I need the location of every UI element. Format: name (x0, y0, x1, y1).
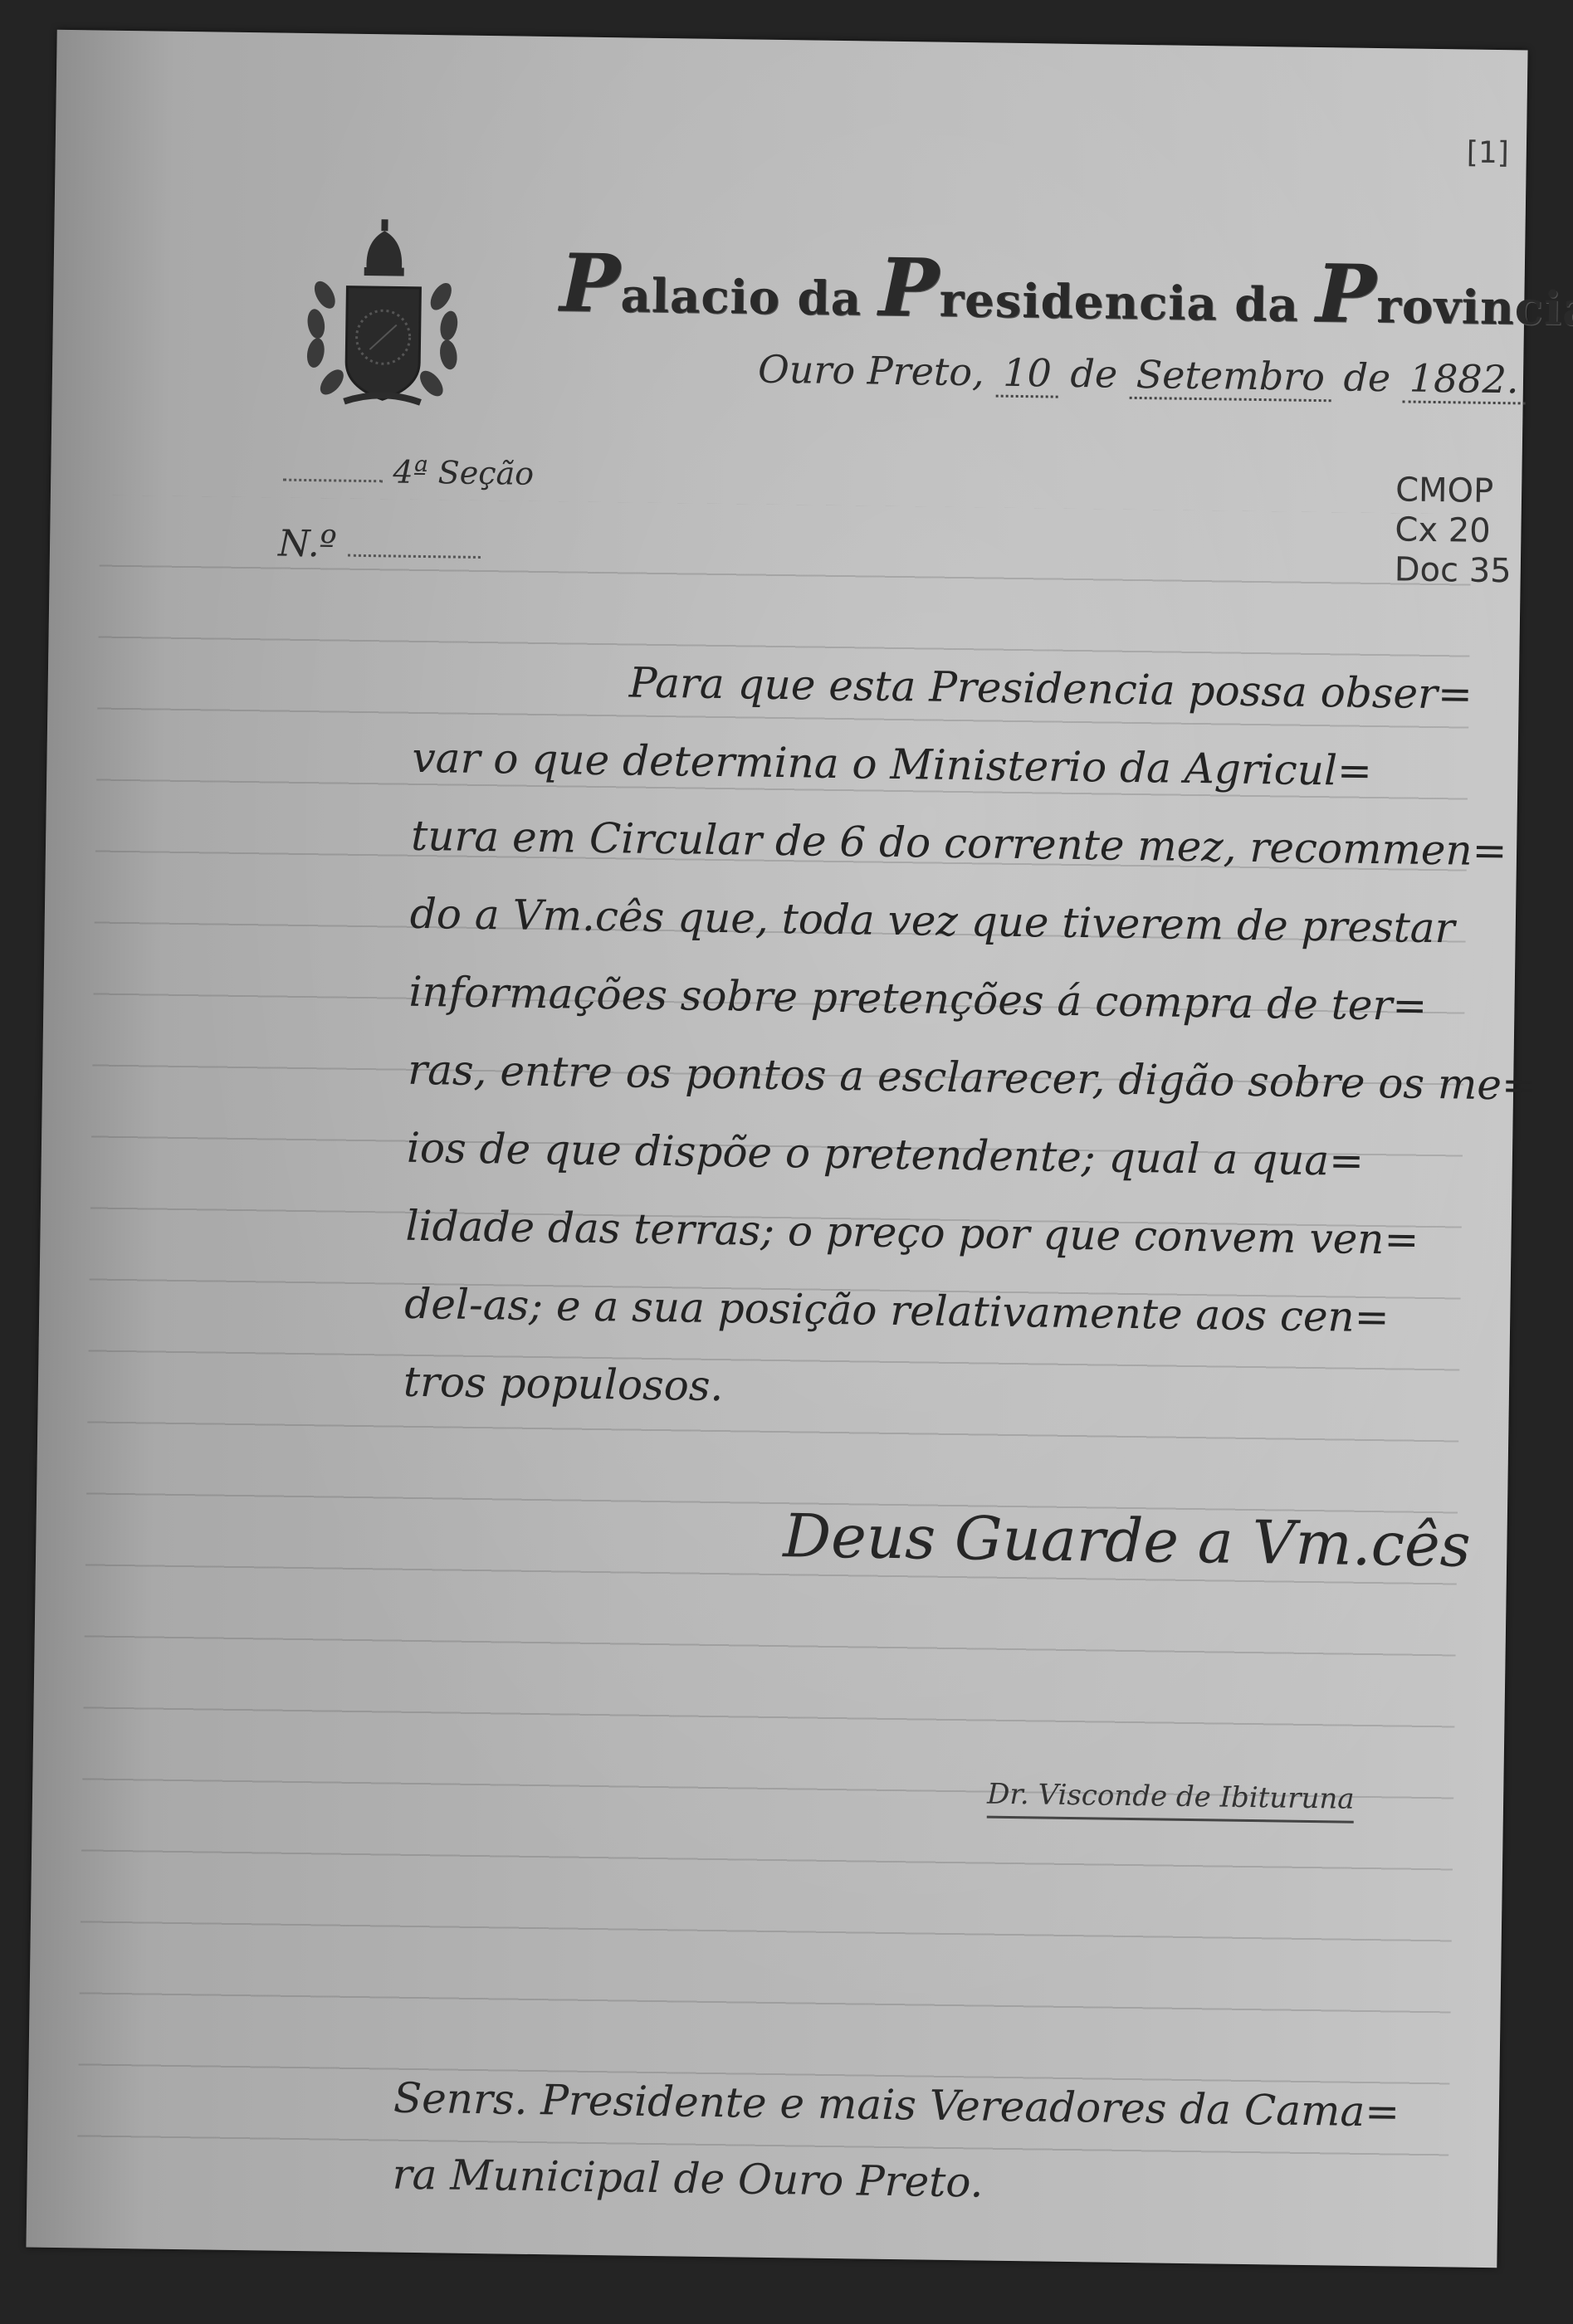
section-label: 4ª Seção (283, 452, 534, 492)
letterhead-word: da (1234, 277, 1299, 333)
letter-body: Para que esta Presidencia possa obser= v… (403, 641, 1559, 1437)
dateline: Ouro Preto, 10 de Setembro de 1882. (758, 347, 1526, 403)
letterhead-word: da (797, 271, 862, 326)
date-place: Ouro Preto, (758, 347, 984, 395)
imperial-coat-of-arms-icon (286, 212, 479, 413)
addressee-line: Senrs. Presidente e mais Vereadores da C… (393, 2060, 1400, 2151)
stamp-line: Doc 35 (1394, 550, 1512, 590)
number-label: N.º (278, 523, 337, 566)
addressee: Senrs. Presidente e mais Vereadores da C… (392, 2060, 1400, 2227)
date-day: 10 (996, 350, 1058, 398)
date-de: de (1070, 351, 1117, 397)
section-dots (283, 479, 383, 483)
document-page: [1] Palacio (26, 30, 1527, 2268)
stamp-line: Cx 20 (1395, 510, 1491, 550)
number-dots (348, 554, 481, 559)
archive-stamp: CMOP Cx 20 Doc 35 (1394, 430, 1513, 591)
page-marker: [1] (1467, 135, 1510, 170)
letterhead-word: Provincia (1316, 278, 1573, 337)
stamp-line: CMOP (1395, 471, 1494, 510)
letterhead-word: Presidencia (878, 272, 1218, 332)
date-de: de (1343, 354, 1390, 400)
signature: Dr. Visconde de Ibituruna (987, 1778, 1355, 1824)
letterhead-word: Palacio (559, 267, 781, 325)
date-month: Setembro (1129, 352, 1331, 402)
addressee-line: ra Municipal de Ouro Preto. (392, 2136, 1399, 2227)
document-number: N.º (278, 523, 481, 568)
body-line: tros populosos. (403, 1343, 1549, 1437)
closing-salutation: Deus Guarde a Vm.cês (783, 1501, 1471, 1580)
date-year: 1882. (1402, 355, 1525, 404)
letterhead-title: Palacio da Presidencia da Provincia de M… (559, 236, 1573, 351)
section-text: 4ª Seção (393, 453, 534, 491)
